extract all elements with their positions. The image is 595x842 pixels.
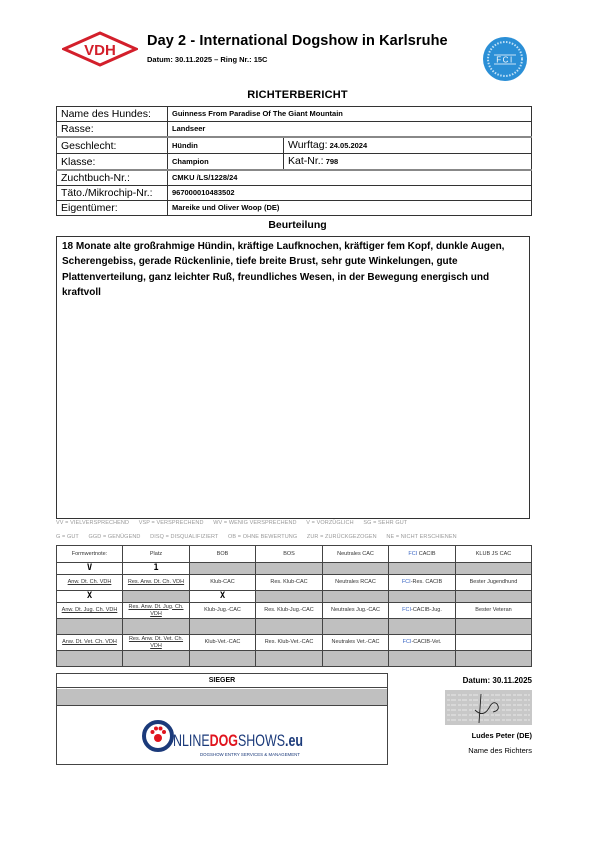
award-label: Bester Jugendhund bbox=[456, 575, 532, 591]
mark-cell bbox=[256, 619, 323, 635]
legend-line-2: G = GUT GGD = GENÜGEND DISQ = DISQUALIFI… bbox=[56, 534, 465, 540]
label-birth: Wurftag: bbox=[288, 139, 328, 151]
legend-ob: OB = OHNE BEWERTUNG bbox=[228, 534, 297, 540]
mark-cell: X bbox=[57, 591, 123, 603]
mark-cell bbox=[256, 591, 323, 603]
mark-cell bbox=[323, 591, 389, 603]
mark-cell bbox=[190, 651, 256, 667]
header-bos: BOS bbox=[256, 546, 323, 563]
award-label: Klub-Vet.-CAC bbox=[190, 635, 256, 651]
mark-cell bbox=[323, 651, 389, 667]
label-class: Klasse: bbox=[57, 154, 168, 171]
paw-icon bbox=[154, 734, 162, 742]
results-grid: Formwertnote: Platz BOB BOS Neutrales CA… bbox=[56, 545, 532, 667]
assessment-heading: Beurteilung bbox=[0, 219, 595, 231]
legend-vsp: VSP = VERSPRECHEND bbox=[139, 520, 204, 526]
award-label: Neutrales RCAC bbox=[323, 575, 389, 591]
award-label: Anw. Dt. Ch. VDH bbox=[57, 575, 123, 591]
mark-cell bbox=[123, 651, 190, 667]
mark-place: 1 bbox=[123, 563, 190, 575]
award-label bbox=[456, 635, 532, 651]
label-name: Name des Hundes: bbox=[57, 107, 168, 122]
event-date-ring: Datum: 30.11.2025 – Ring Nr.: 15C bbox=[147, 55, 267, 64]
winner-value bbox=[57, 689, 387, 706]
value-chip: 967000010483502 bbox=[168, 186, 532, 201]
fci-mark: FCI bbox=[402, 607, 411, 613]
legend-ggd: GGD = GENÜGEND bbox=[89, 534, 141, 540]
judge-name: Ludes Peter (DE) bbox=[420, 731, 532, 740]
award-label: Res. Anw. Dt. Vet. Ch. VDH bbox=[123, 635, 190, 651]
award-label: FCI-CACIB-Jug. bbox=[389, 603, 456, 619]
award-label: Res. Anw. Dt. Jug. Ch. VDH bbox=[123, 603, 190, 619]
mark-cell bbox=[57, 651, 123, 667]
value-owner: Mareike und Oliver Woop (DE) bbox=[168, 201, 532, 216]
label-sex: Geschlecht: bbox=[57, 137, 168, 154]
mark-cell bbox=[389, 563, 456, 575]
assessment-text: 18 Monate alte großrahmige Hündin, kräft… bbox=[56, 236, 530, 519]
mark-cell bbox=[389, 619, 456, 635]
winner-label: SIEGER bbox=[56, 673, 388, 688]
judge-signature bbox=[445, 690, 532, 725]
fci-logo-text: FCI bbox=[496, 56, 513, 65]
row-owner: Eigentümer: Mareike und Oliver Woop (DE) bbox=[57, 201, 532, 216]
grid-row-1-marks: V 1 bbox=[57, 563, 532, 575]
judge-name-label: Name des Richters bbox=[420, 746, 532, 755]
header-cacib: FCI CACIB bbox=[389, 546, 456, 563]
value-breed: Landseer bbox=[168, 122, 532, 138]
row-studbook: Zuchtbuch-Nr.: CMKU /LS/1228/24 bbox=[57, 170, 532, 186]
award-label: Neutrales Jug.-CAC bbox=[323, 603, 389, 619]
mark-cell bbox=[389, 591, 456, 603]
award-label: Bester Veteran bbox=[456, 603, 532, 619]
label-chip: Täto./Mikrochip-Nr.: bbox=[57, 186, 168, 201]
grid-row-3-labels: Anw. Dt. Vet. Ch. VDH Res. Anw. Dt. Vet.… bbox=[57, 635, 532, 651]
cat-cell: Kat-Nr.: 798 bbox=[284, 154, 532, 171]
birth-cell: Wurftag: 24.05.2024 bbox=[284, 137, 532, 154]
mark-cell bbox=[123, 619, 190, 635]
grid-row-2-marks: X X bbox=[57, 591, 532, 603]
award-label: Klub-CAC bbox=[190, 575, 256, 591]
value-studbook: CMKU /LS/1228/24 bbox=[168, 170, 532, 186]
header-bob: BOB bbox=[190, 546, 256, 563]
fci-mark: FCI bbox=[402, 579, 411, 585]
legend-v: V = VORZÜGLICH bbox=[306, 520, 353, 526]
label-studbook: Zuchtbuch-Nr.: bbox=[57, 170, 168, 186]
award-label: Klub-Jug.-CAC bbox=[190, 603, 256, 619]
grid-header-row: Formwertnote: Platz BOB BOS Neutrales CA… bbox=[57, 546, 532, 563]
award-label: Anw. Dt. Jug. Ch. VDH bbox=[57, 603, 123, 619]
signature-date: Datum: 30.11.2025 bbox=[420, 676, 532, 685]
legend-vv: VV = VIELVERSPRECHEND bbox=[56, 520, 129, 526]
fci-mark: FCI bbox=[408, 551, 417, 557]
report-title: RICHTERBERICHT bbox=[0, 89, 595, 101]
row-chip: Täto./Mikrochip-Nr.: 967000010483502 bbox=[57, 186, 532, 201]
award-label: Res. Klub-Vet.-CAC bbox=[256, 635, 323, 651]
dog-info-table: Name des Hundes: Guinness From Paradise … bbox=[56, 106, 532, 216]
award-label: Neutrales Vet.-CAC bbox=[323, 635, 389, 651]
legend-sg: SG = SEHR GUT bbox=[363, 520, 407, 526]
legend-zur: ZUR = ZURÜCKGEZOGEN bbox=[307, 534, 377, 540]
mark-cell bbox=[256, 651, 323, 667]
mark-grade: V bbox=[57, 563, 123, 575]
mark-cell bbox=[389, 651, 456, 667]
row-sex: Geschlecht: Hündin Wurftag: 24.05.2024 bbox=[57, 137, 532, 154]
label-breed: Rasse: bbox=[57, 122, 168, 138]
label-cat: Kat-Nr.: bbox=[288, 155, 324, 167]
vdh-logo-text: VDH bbox=[84, 42, 116, 59]
legend-line-1: VV = VIELVERSPRECHEND VSP = VERSPRECHEND… bbox=[56, 520, 415, 526]
header-grade: Formwertnote: bbox=[57, 546, 123, 563]
mark-cell bbox=[456, 619, 532, 635]
mark-cell bbox=[57, 619, 123, 635]
value-sex: Hündin bbox=[168, 137, 284, 154]
sponsor-tagline: DOGSHOW ENTRY SERVICES & MANAGEMENT bbox=[200, 752, 300, 757]
row-class: Klasse: Champion Kat-Nr.: 798 bbox=[57, 154, 532, 171]
legend-ne: NE = NICHT ERSCHIENEN bbox=[386, 534, 456, 540]
row-name: Name des Hundes: Guinness From Paradise … bbox=[57, 107, 532, 122]
award-label: Res. Anw. Dt. Ch. VDH bbox=[123, 575, 190, 591]
mark-cell bbox=[323, 563, 389, 575]
award-label: Res. Klub-Jug.-CAC bbox=[256, 603, 323, 619]
svg-text:NLINEDOGSHOWS.eu: NLINEDOGSHOWS.eu bbox=[173, 731, 303, 750]
label-owner: Eigentümer: bbox=[57, 201, 168, 216]
mark-cell bbox=[256, 563, 323, 575]
mark-cell bbox=[323, 619, 389, 635]
value-cat: 798 bbox=[326, 157, 339, 166]
mark-cell bbox=[190, 563, 256, 575]
value-birth: 24.05.2024 bbox=[330, 141, 368, 150]
fci-logo: FCI bbox=[482, 36, 528, 82]
grid-row-3-marks bbox=[57, 619, 532, 635]
header-neutral-cac: Neutrales CAC bbox=[323, 546, 389, 563]
mark-cell bbox=[190, 619, 256, 635]
legend-disq: DISQ = DISQUALIFIZIERT bbox=[150, 534, 218, 540]
vdh-logo: VDH bbox=[62, 31, 138, 67]
onlinedogshows-logo: NLINEDOGSHOWS.eu DOGSHOW ENTRY SERVICES … bbox=[140, 716, 310, 760]
legend-g: G = GUT bbox=[56, 534, 79, 540]
header-place: Platz bbox=[123, 546, 190, 563]
mark-cell bbox=[456, 563, 532, 575]
award-label: Anw. Dt. Vet. Ch. VDH bbox=[57, 635, 123, 651]
mark-cell bbox=[456, 651, 532, 667]
mark-cell bbox=[123, 591, 190, 603]
value-class: Champion bbox=[168, 154, 284, 171]
award-label: Res. Klub-CAC bbox=[256, 575, 323, 591]
award-label: FCI-Res. CACIB bbox=[389, 575, 456, 591]
award-label: FCI-CACIB-Vet. bbox=[389, 635, 456, 651]
mark-cell bbox=[456, 591, 532, 603]
row-breed: Rasse: Landseer bbox=[57, 122, 532, 138]
grid-row-1-labels: Anw. Dt. Ch. VDH Res. Anw. Dt. Ch. VDH K… bbox=[57, 575, 532, 591]
value-name: Guinness From Paradise Of The Giant Moun… bbox=[168, 107, 532, 122]
grid-row-2-labels: Anw. Dt. Jug. Ch. VDH Res. Anw. Dt. Jug.… bbox=[57, 603, 532, 619]
mark-cell: X bbox=[190, 591, 256, 603]
legend-wv: WV = WENIG VERSPRECHEND bbox=[213, 520, 296, 526]
grid-row-4-marks bbox=[57, 651, 532, 667]
header-klub-js-cac: KLUB JS CAC bbox=[456, 546, 532, 563]
event-title: Day 2 - International Dogshow in Karlsru… bbox=[147, 33, 448, 49]
